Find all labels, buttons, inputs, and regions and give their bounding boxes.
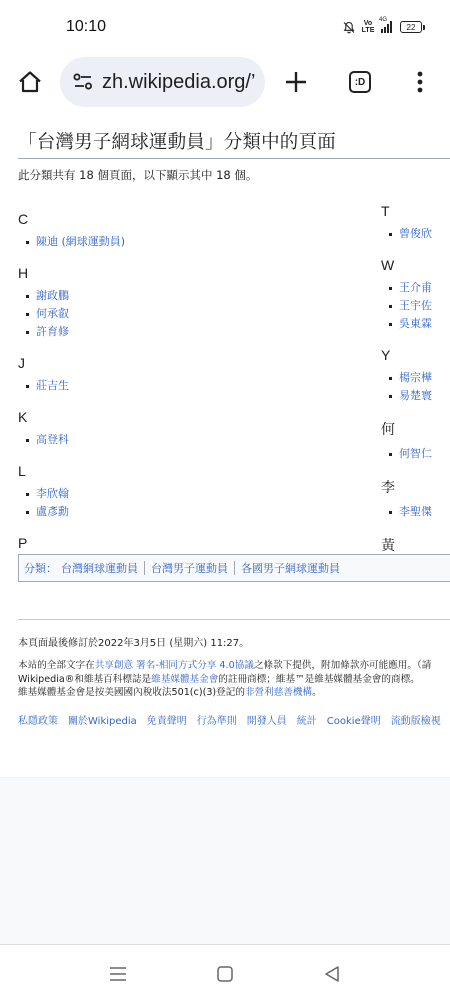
plus-icon	[284, 70, 308, 94]
browser-toolbar: zh.wikipedia.org/’ :D	[0, 56, 450, 108]
page-link[interactable]: 陳迪 (網球運動員)	[36, 235, 125, 248]
list-item: 吳東霖	[381, 315, 450, 333]
category-links-box: 分類： 台灣網球運動員 台灣男子運動員 各國男子網球運動員	[18, 554, 450, 582]
category-link[interactable]: 各國男子網球運動員	[241, 560, 340, 576]
group-heading: P	[18, 535, 218, 551]
list-item: 王介甫	[381, 279, 450, 297]
group-heading: K	[18, 409, 218, 425]
tab-switcher-icon: :D	[349, 71, 371, 93]
page-link[interactable]: 吳東霖	[399, 317, 432, 330]
group-heading: L	[18, 463, 218, 479]
list-item: 陳迪 (網球運動員)	[18, 233, 218, 251]
license-line-3: 維基媒體基金會是按美國國內稅收法501(c)(3)登記的非營利慈善機構。	[18, 686, 450, 700]
category-count-note: 此分類共有 18 個頁面，以下顯示其中 18 個。	[18, 167, 450, 183]
home-nav-button[interactable]	[213, 962, 237, 986]
tune-icon[interactable]	[72, 71, 94, 93]
new-tab-button[interactable]	[276, 62, 316, 102]
list-item: 曾俊欣	[381, 225, 450, 243]
battery-icon: 22	[400, 21, 422, 33]
group-heading: W	[381, 257, 450, 273]
list-item: 莊吉生	[18, 377, 218, 395]
category-column-left: C 陳迪 (網球運動員) H 謝政鵬 何承叡 許育修 J 莊吉生 K 高登科 L	[18, 211, 218, 589]
page-title: 「台灣男子網球運動員」分類中的頁面	[18, 128, 450, 159]
home-button[interactable]	[10, 62, 50, 102]
divider	[234, 561, 235, 575]
tab-switcher-button[interactable]: :D	[340, 62, 380, 102]
footer-places: 私隱政策 關於Wikipedia 免責聲明 行為準則 開發人員 統計 Cooki…	[18, 712, 450, 727]
category-group-y: Y 楊宗樺 易楚寰	[381, 347, 450, 405]
category-link[interactable]: 台灣網球運動員	[61, 560, 138, 576]
page-link[interactable]: 高登科	[36, 433, 69, 446]
page-link[interactable]: 許育修	[36, 325, 69, 338]
page-link[interactable]: 謝政鵬	[36, 289, 69, 302]
category-group-t: T 曾俊欣	[381, 203, 450, 243]
list-item: 謝政鵬	[18, 287, 218, 305]
category-group-k: K 高登科	[18, 409, 218, 449]
group-heading: H	[18, 265, 218, 281]
category-listing: C 陳迪 (網球運動員) H 謝政鵬 何承叡 許育修 J 莊吉生 K 高登科 L	[0, 211, 450, 551]
page-link[interactable]: 莊吉生	[36, 379, 69, 392]
status-bar: 10:10 VoLTE 4G 22	[0, 0, 450, 56]
group-heading: 李	[381, 477, 450, 497]
category-group-he: 何 何智仁	[381, 419, 450, 463]
list-item: 何智仁	[381, 445, 450, 463]
page-footer: 本頁面最後修訂於2022年3月5日 (星期六) 11:27。 本站的全部文字在共…	[0, 619, 450, 727]
category-column-right: T 曾俊欣 W 王介甫 王宇佐 吳東霖 Y 楊宗樺 易楚寰 何	[381, 203, 450, 593]
list-item: 許育修	[18, 323, 218, 341]
categories-label-link[interactable]: 分類：	[24, 560, 57, 576]
url-bar[interactable]: zh.wikipedia.org/’	[60, 57, 265, 107]
group-heading: 何	[381, 419, 450, 439]
group-heading: J	[18, 355, 218, 371]
page-link[interactable]: 何智仁	[399, 447, 432, 460]
page-link[interactable]: 王宇佐	[399, 299, 432, 312]
home-square-icon	[216, 965, 234, 983]
url-text[interactable]: zh.wikipedia.org/’	[102, 71, 255, 94]
list-item: 何承叡	[18, 305, 218, 323]
about-link[interactable]: 關於Wikipedia	[68, 712, 137, 727]
footer-divider	[18, 619, 450, 620]
page-link[interactable]: 李聖傑	[399, 505, 432, 518]
category-group-j: J 莊吉生	[18, 355, 218, 395]
license-text: 本站的全部文字在共享創意 署名-相同方式分享 4.0協議之條款下提供，附加條款亦…	[18, 659, 450, 700]
status-time: 10:10	[66, 18, 106, 36]
developers-link[interactable]: 開發人員	[247, 712, 287, 727]
page-link[interactable]: 李欣翰	[36, 487, 69, 500]
page-link[interactable]: 王介甫	[399, 281, 432, 294]
category-group-l: L 李欣翰 盧彥勳	[18, 463, 218, 521]
status-icons: VoLTE 4G 22	[343, 20, 422, 34]
nonprofit-link[interactable]: 非營利慈善機構	[245, 687, 312, 698]
back-icon	[323, 965, 341, 983]
list-item: 楊宗樺	[381, 369, 450, 387]
recents-icon	[109, 966, 127, 982]
more-menu-button[interactable]	[400, 62, 440, 102]
category-group-c: C 陳迪 (網球運動員)	[18, 211, 218, 251]
signal-4g-icon: 4G	[381, 21, 392, 33]
statistics-link[interactable]: 統計	[297, 712, 317, 727]
page-link[interactable]: 易楚寰	[399, 389, 432, 402]
group-heading: Y	[381, 347, 450, 363]
disclaimer-link[interactable]: 免責聲明	[147, 712, 187, 727]
divider	[144, 561, 145, 575]
home-icon	[17, 69, 43, 95]
page-link[interactable]: 盧彥勳	[36, 505, 69, 518]
list-item: 李欣翰	[18, 485, 218, 503]
category-group-w: W 王介甫 王宇佐 吳東霖	[381, 257, 450, 333]
recents-button[interactable]	[106, 962, 130, 986]
last-modified: 本頁面最後修訂於2022年3月5日 (星期六) 11:27。	[18, 634, 450, 649]
cookie-statement-link[interactable]: Cookie聲明	[327, 712, 381, 727]
privacy-policy-link[interactable]: 私隱政策	[18, 712, 58, 727]
page-link[interactable]: 楊宗樺	[399, 371, 432, 384]
category-link[interactable]: 台灣男子運動員	[151, 560, 228, 576]
list-item: 李聖傑	[381, 503, 450, 521]
category-group-li: 李 李聖傑	[381, 477, 450, 521]
list-item: 盧彥勳	[18, 503, 218, 521]
page-bottom-background	[0, 777, 450, 945]
license-link[interactable]: 共享創意 署名-相同方式分享 4.0協議	[95, 660, 254, 671]
mobile-view-link[interactable]: 流動版檢視	[391, 712, 441, 727]
page-link[interactable]: 曾俊欣	[399, 227, 432, 240]
system-nav-bar	[0, 946, 450, 1000]
code-of-conduct-link[interactable]: 行為準則	[197, 712, 237, 727]
bell-muted-icon	[343, 21, 355, 34]
page-link[interactable]: 何承叡	[36, 307, 69, 320]
wikimedia-foundation-link[interactable]: 維基媒體基金會	[151, 674, 218, 685]
group-heading: T	[381, 203, 450, 219]
page-content: 「台灣男子網球運動員」分類中的頁面 此分類共有 18 個頁面，以下顯示其中 18…	[0, 116, 450, 551]
list-item: 王宇佐	[381, 297, 450, 315]
category-group-h: H 謝政鵬 何承叡 許育修	[18, 265, 218, 341]
volte-icon: VoLTE	[363, 20, 373, 34]
back-button[interactable]	[320, 962, 344, 986]
license-line-1: 本站的全部文字在共享創意 署名-相同方式分享 4.0協議之條款下提供，附加條款亦…	[18, 659, 450, 673]
list-item: 易楚寰	[381, 387, 450, 405]
group-heading: C	[18, 211, 218, 227]
more-vert-icon	[417, 71, 423, 93]
license-line-2: Wikipedia®和維基百科標誌是維基媒體基金會的註冊商標；維基™是維基媒體基…	[18, 673, 450, 687]
list-item: 高登科	[18, 431, 218, 449]
group-heading: 黃	[381, 535, 450, 555]
